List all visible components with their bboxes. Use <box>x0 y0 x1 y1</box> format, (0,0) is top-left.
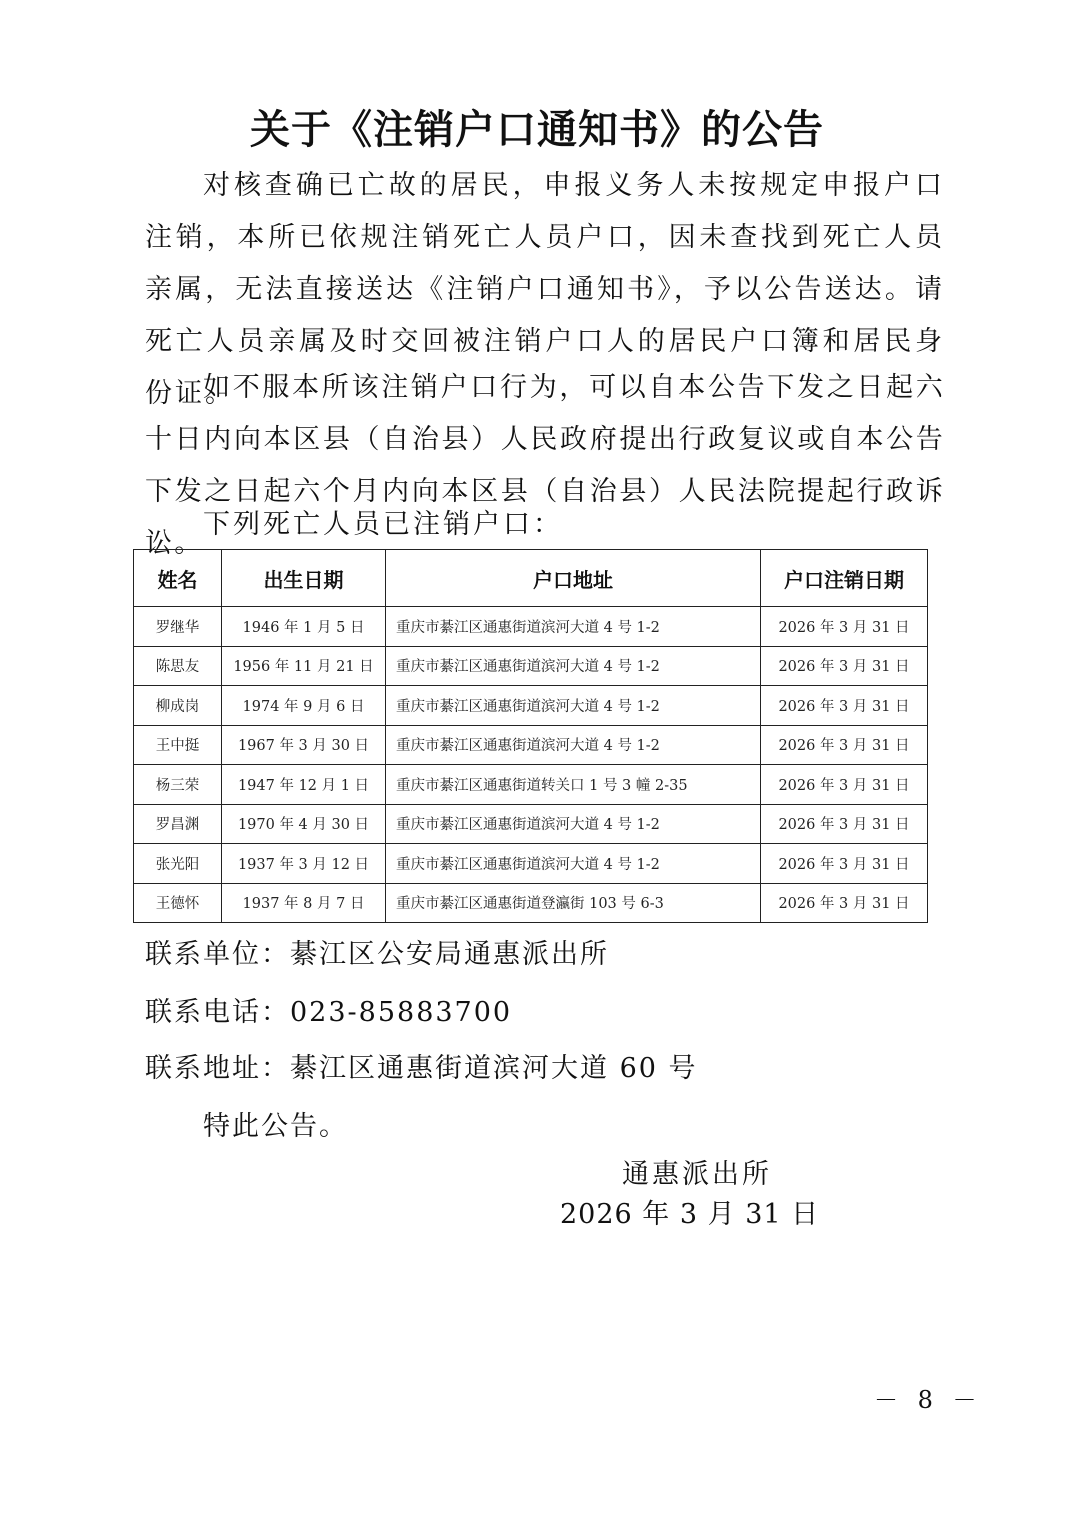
contact-unit: 联系单位：綦江区公安局通惠派出所 <box>145 932 609 971</box>
header-cancel-date: 户口注销日期 <box>761 550 928 607</box>
header-address: 户口地址 <box>386 550 761 607</box>
header-name: 姓名 <box>134 550 222 607</box>
contact-phone: 联系电话：023-85883700 <box>145 990 512 1029</box>
cell-cancel-date: 2026 年 3 月 31 日 <box>761 765 928 805</box>
signature-date: 2026 年 3 月 31 日 <box>560 1192 819 1231</box>
table-row: 柳成岗 1974 年 9 月 6 日 重庆市綦江区通惠街道滨河大道 4 号 1-… <box>134 686 928 726</box>
signature-organization: 通惠派出所 <box>622 1152 772 1191</box>
table-row: 罗继华 1946 年 1 月 5 日 重庆市綦江区通惠街道滨河大道 4 号 1-… <box>134 607 928 647</box>
cell-cancel-date: 2026 年 3 月 31 日 <box>761 804 928 844</box>
closing-statement: 特此公告。 <box>203 1104 348 1143</box>
cell-name: 陈思友 <box>134 646 222 686</box>
table-header-row: 姓名 出生日期 户口地址 户口注销日期 <box>134 550 928 607</box>
table-row: 王中挺 1967 年 3 月 30 日 重庆市綦江区通惠街道滨河大道 4 号 1… <box>134 725 928 765</box>
deceased-roster-table: 姓名 出生日期 户口地址 户口注销日期 罗继华 1946 年 1 月 5 日 重… <box>133 549 928 923</box>
table-row: 罗昌渊 1970 年 4 月 30 日 重庆市綦江区通惠街道滨河大道 4 号 1… <box>134 804 928 844</box>
cell-name: 王德怀 <box>134 883 222 923</box>
table-row: 王德怀 1937 年 8 月 7 日 重庆市綦江区通惠街道登瀛街 103 号 6… <box>134 883 928 923</box>
cell-address: 重庆市綦江区通惠街道滨河大道 4 号 1-2 <box>386 804 761 844</box>
cell-birth-date: 1967 年 3 月 30 日 <box>222 725 386 765</box>
cell-cancel-date: 2026 年 3 月 31 日 <box>761 883 928 923</box>
cell-address: 重庆市綦江区通惠街道转关口 1 号 3 幢 2-35 <box>386 765 761 805</box>
header-birth-date: 出生日期 <box>222 550 386 607</box>
cell-birth-date: 1956 年 11 月 21 日 <box>222 646 386 686</box>
cell-name: 杨三荣 <box>134 765 222 805</box>
cell-address: 重庆市綦江区通惠街道滨河大道 4 号 1-2 <box>386 844 761 884</box>
cell-address: 重庆市綦江区通惠街道滨河大道 4 号 1-2 <box>386 607 761 647</box>
table-row: 杨三荣 1947 年 12 月 1 日 重庆市綦江区通惠街道转关口 1 号 3 … <box>134 765 928 805</box>
cell-name: 罗昌渊 <box>134 804 222 844</box>
cell-name: 罗继华 <box>134 607 222 647</box>
cell-cancel-date: 2026 年 3 月 31 日 <box>761 725 928 765</box>
cell-birth-date: 1974 年 9 月 6 日 <box>222 686 386 726</box>
contact-address: 联系地址：綦江区通惠街道滨河大道 60 号 <box>145 1046 698 1085</box>
cell-name: 张光阳 <box>134 844 222 884</box>
cell-birth-date: 1970 年 4 月 30 日 <box>222 804 386 844</box>
cell-birth-date: 1937 年 8 月 7 日 <box>222 883 386 923</box>
cell-cancel-date: 2026 年 3 月 31 日 <box>761 686 928 726</box>
cell-name: 王中挺 <box>134 725 222 765</box>
cell-address: 重庆市綦江区通惠街道滨河大道 4 号 1-2 <box>386 686 761 726</box>
cell-address: 重庆市綦江区通惠街道滨河大道 4 号 1-2 <box>386 725 761 765</box>
page-number: － 8 － <box>874 1380 983 1415</box>
cell-birth-date: 1947 年 12 月 1 日 <box>222 765 386 805</box>
cell-cancel-date: 2026 年 3 月 31 日 <box>761 844 928 884</box>
document-title: 关于《注销户口通知书》的公告 <box>0 98 1074 155</box>
table-row: 陈思友 1956 年 11 月 21 日 重庆市綦江区通惠街道滨河大道 4 号 … <box>134 646 928 686</box>
cell-birth-date: 1946 年 1 月 5 日 <box>222 607 386 647</box>
cell-name: 柳成岗 <box>134 686 222 726</box>
cell-birth-date: 1937 年 3 月 12 日 <box>222 844 386 884</box>
paragraph-list-intro: 下列死亡人员已注销户口： <box>145 505 945 545</box>
table-row: 张光阳 1937 年 3 月 12 日 重庆市綦江区通惠街道滨河大道 4 号 1… <box>134 844 928 884</box>
cell-cancel-date: 2026 年 3 月 31 日 <box>761 646 928 686</box>
cell-cancel-date: 2026 年 3 月 31 日 <box>761 607 928 647</box>
cell-address: 重庆市綦江区通惠街道登瀛街 103 号 6-3 <box>386 883 761 923</box>
cell-address: 重庆市綦江区通惠街道滨河大道 4 号 1-2 <box>386 646 761 686</box>
